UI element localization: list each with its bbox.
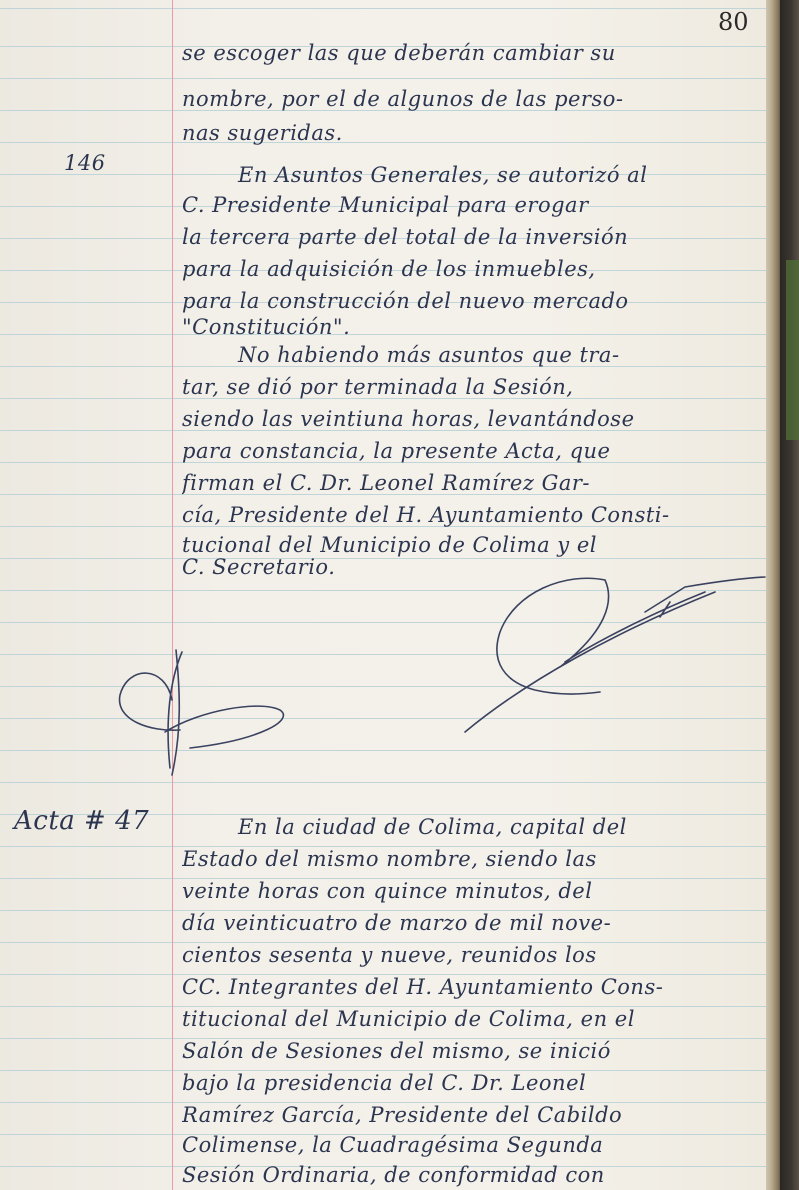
text-line: Sesión Ordinaria, de conformidad con — [182, 1160, 762, 1190]
text-line: para la adquisición de los inmuebles, — [182, 254, 762, 284]
signature-right — [455, 572, 775, 742]
text-line: se escoger las que deberán cambiar su — [182, 38, 762, 68]
signature-left — [110, 640, 300, 790]
text-line: En Asuntos Generales, se autorizó al — [182, 160, 799, 190]
text-line: veinte horas con quince minutos, del — [182, 876, 762, 906]
text-line: Estado del mismo nombre, siendo las — [182, 844, 762, 874]
text-line: nombre, por el de algunos de las perso- — [182, 84, 762, 114]
text-line: día veinticuatro de marzo de mil nove- — [182, 908, 762, 938]
text-line: tar, se dió por terminada la Sesión, — [182, 372, 762, 402]
text-line: Ramírez García, Presidente del Cabildo — [182, 1100, 762, 1130]
text-line: titucional del Municipio de Colima, en e… — [182, 1004, 762, 1034]
text-line: bajo la presidencia del C. Dr. Leonel — [182, 1068, 762, 1098]
text-line: "Constitución". — [182, 312, 762, 342]
text-line: No habiendo más asuntos que tra- — [182, 340, 799, 370]
text-line: CC. Integrantes del H. Ayuntamiento Cons… — [182, 972, 762, 1002]
text-line: cientos sesenta y nueve, reunidos los — [182, 940, 762, 970]
text-line: siendo las veintiuna horas, levantándose — [182, 404, 762, 434]
text-line: para constancia, la presente Acta, que — [182, 436, 762, 466]
text-line: firman el C. Dr. Leonel Ramírez Gar- — [182, 468, 762, 498]
text-line: Colimense, la Cuadragésima Segunda — [182, 1130, 762, 1160]
page-number: 80 — [718, 8, 749, 36]
text-line: cía, Presidente del H. Ayuntamiento Cons… — [182, 500, 762, 530]
margin-note-acta-47: Acta # 47 — [14, 806, 149, 836]
margin-line — [172, 0, 173, 1190]
text-line: la tercera parte del total de la inversi… — [182, 222, 762, 252]
text-line: Salón de Sesiones del mismo, se inició — [182, 1036, 762, 1066]
text-line: En la ciudad de Colima, capital del — [182, 812, 799, 842]
text-line: C. Presidente Municipal para erogar — [182, 190, 762, 220]
text-line: nas sugeridas. — [182, 118, 762, 148]
margin-note-146: 146 — [64, 148, 106, 178]
